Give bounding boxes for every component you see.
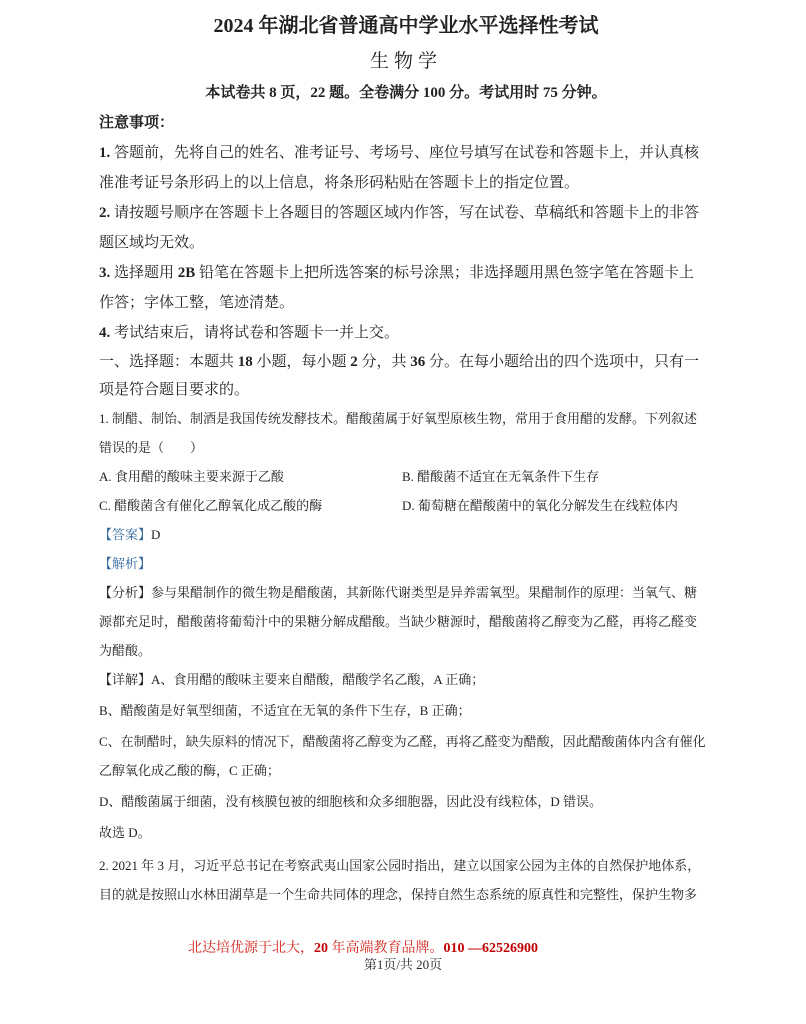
- question-1-options-row-1: A. 食用醋的酸味主要来源于乙酸 B. 醋酸菌不适宜在无氧条件下生存: [99, 462, 713, 491]
- promo-text-a: 北达培优源于北大，: [188, 941, 314, 956]
- choice-section-header: 一、选择题：本题共 18 小题，每小题 2 分，共 36 分。在每小题给出的四个…: [99, 348, 713, 404]
- answer-value: D: [151, 527, 160, 542]
- section-header-line-1: 一、选择题：本题共 18 小题，每小题 2 分，共 36 分。在每小题给出的四个…: [99, 348, 713, 376]
- option-a: A. 食用醋的酸味主要来源于乙酸: [99, 462, 402, 491]
- question-2-stem-line-1: 2. 2021 年 3 月，习近平总书记在考察武夷山国家公园时指出，建立以国家公…: [99, 851, 713, 880]
- notice-item-2-line-2: 题区域均无效。: [99, 228, 713, 258]
- detail-line-3: C、在制醋时，缺失原料的情况下，醋酸菌将乙醇变为乙醛，再将乙醛变为醋酸，因此醋酸…: [99, 727, 713, 756]
- notice-item-3-number: 3.: [99, 265, 114, 281]
- analysis-line-2: 源都充足时，醋酸菌将葡萄汁中的果糖分解成醋酸。当缺少糖源时，醋酸菌将乙醇变为乙醛…: [99, 607, 713, 636]
- page-content: 2024 年湖北省普通高中学业水平选择性考试 生物学 本试卷共 8 页，22 题…: [0, 0, 806, 909]
- analysis-heading-line: 【解析】: [99, 549, 713, 578]
- section-points-total: 36: [410, 354, 425, 370]
- notice-item-4: 4. 考试结束后，请将试卷和答题卡一并上交。: [99, 318, 713, 348]
- question-1-options-row-2: C. 醋酸菌含有催化乙醇氧化成乙酸的酶 D. 葡萄糖在醋酸菌中的氧化分解发生在线…: [99, 491, 713, 520]
- notice-item-1-text: 答题前，先将自己的姓名、准考证号、考场号、座位号填写在试卷和答题卡上，并认真核: [114, 145, 699, 161]
- question-2-stem-line-2: 目的就是按照山水林田湖草是一个生命共同体的理念，保持自然生态系统的原真性和完整性…: [99, 880, 713, 909]
- question-1-stem-line-2: 错误的是（ ）: [99, 433, 713, 462]
- option-b: B. 醋酸菌不适宜在无氧条件下生存: [402, 462, 599, 491]
- notice-item-3-pencil: 2B: [178, 265, 196, 281]
- notice-item-4-number: 4.: [99, 325, 114, 341]
- question-2: 2. 2021 年 3 月，习近平总书记在考察武夷山国家公园时指出，建立以国家公…: [99, 851, 713, 909]
- answer-label: 【答案】: [99, 527, 151, 542]
- notice-item-1-number: 1.: [99, 145, 114, 161]
- section-header-line-2: 项是符合题目要求的。: [99, 376, 713, 404]
- notice-item-1-line-1: 1. 答题前，先将自己的姓名、准考证号、考场号、座位号填写在试卷和答题卡上，并认…: [99, 138, 713, 168]
- section-text-a: 一、选择题：本题共: [99, 354, 238, 370]
- promo-text-b: 年高端教育品牌。: [328, 941, 444, 956]
- page-title: 2024 年湖北省普通高中学业水平选择性考试: [99, 12, 713, 40]
- subject-title: 生物学: [99, 49, 713, 75]
- section-text-c: 分，共: [358, 354, 411, 370]
- notice-item-4-text: 考试结束后，请将试卷和答题卡一并上交。: [114, 325, 399, 341]
- section-points-each: 2: [350, 354, 358, 370]
- conclusion-line: 故选 D。: [99, 818, 713, 847]
- section-count: 18: [238, 354, 253, 370]
- notice-item-2-text: 请按题号顺序在答题卡上各题目的答题区域内作答，写在试卷、草稿纸和答题卡上的非答: [114, 205, 699, 221]
- detail-line-5: D、醋酸菌属于细菌，没有核膜包被的细胞核和众多细胞器，因此没有线粒体，D 错误。: [99, 787, 713, 816]
- detail-line-1: 【详解】A、食用醋的酸味主要来自醋酸，醋酸学名乙酸，A 正确；: [99, 665, 713, 694]
- page-number: 第1页/共 20页: [0, 957, 806, 973]
- notice-item-3-text-a: 选择题用: [114, 265, 178, 281]
- notice-item-2-number: 2.: [99, 205, 114, 221]
- notice-heading: 注意事项：: [99, 108, 713, 138]
- exam-document-page: 2024 年湖北省普通高中学业水平选择性考试 生物学 本试卷共 8 页，22 题…: [0, 0, 806, 1024]
- notice-section: 注意事项： 1. 答题前，先将自己的姓名、准考证号、考场号、座位号填写在试卷和答…: [99, 108, 713, 348]
- question-1: 1. 制醋、制饴、制酒是我国传统发酵技术。醋酸菌属于好氧型原核生物，常用于食用醋…: [99, 404, 713, 847]
- promo-years: 20: [314, 941, 328, 956]
- notice-item-3-line-1: 3. 选择题用 2B 铅笔在答题卡上把所选答案的标号涂黑；非选择题用黑色签字笔在…: [99, 258, 713, 288]
- page-footer: 北达培优源于北大，20 年高端教育品牌。010 —62526900 第1页/共 …: [0, 940, 806, 973]
- option-c: C. 醋酸菌含有催化乙醇氧化成乙酸的酶: [99, 491, 402, 520]
- section-text-d: 分。在每小题给出的四个选项中，只有一: [425, 354, 699, 370]
- notice-item-3-line-2: 作答；字体工整，笔迹清楚。: [99, 288, 713, 318]
- detail-line-4: 乙醇氧化成乙酸的酶，C 正确；: [99, 756, 713, 785]
- footer-promo-line: 北达培优源于北大，20 年高端教育品牌。010 —62526900: [0, 940, 726, 957]
- answer-line: 【答案】D: [99, 520, 713, 549]
- promo-phone: 010 —62526900: [444, 941, 539, 956]
- notice-item-2-line-1: 2. 请按题号顺序在答题卡上各题目的答题区域内作答，写在试卷、草稿纸和答题卡上的…: [99, 198, 713, 228]
- detail-line-2: B、醋酸菌是好氧型细菌，不适宜在无氧的条件下生存，B 正确；: [99, 696, 713, 725]
- notice-item-1-line-2: 准准考证号条形码上的以上信息，将条形码粘贴在答题卡上的指定位置。: [99, 168, 713, 198]
- analysis-line-1: 【分析】参与果醋制作的微生物是醋酸菌，其新陈代谢类型是异养需氧型。果醋制作的原理…: [99, 578, 713, 607]
- exam-meta: 本试卷共 8 页，22 题。全卷满分 100 分。考试用时 75 分钟。: [99, 78, 713, 108]
- question-1-stem-line-1: 1. 制醋、制饴、制酒是我国传统发酵技术。醋酸菌属于好氧型原核生物，常用于食用醋…: [99, 404, 713, 433]
- section-text-b: 小题，每小题: [253, 354, 351, 370]
- analysis-line-3: 为醋酸。: [99, 636, 713, 665]
- notice-item-3-text-b: 铅笔在答题卡上把所选答案的标号涂黑；非选择题用黑色签字笔在答题卡上: [195, 265, 694, 281]
- analysis-heading-label: 【解析】: [99, 556, 151, 571]
- option-d: D. 葡萄糖在醋酸菌中的氧化分解发生在线粒体内: [402, 491, 678, 520]
